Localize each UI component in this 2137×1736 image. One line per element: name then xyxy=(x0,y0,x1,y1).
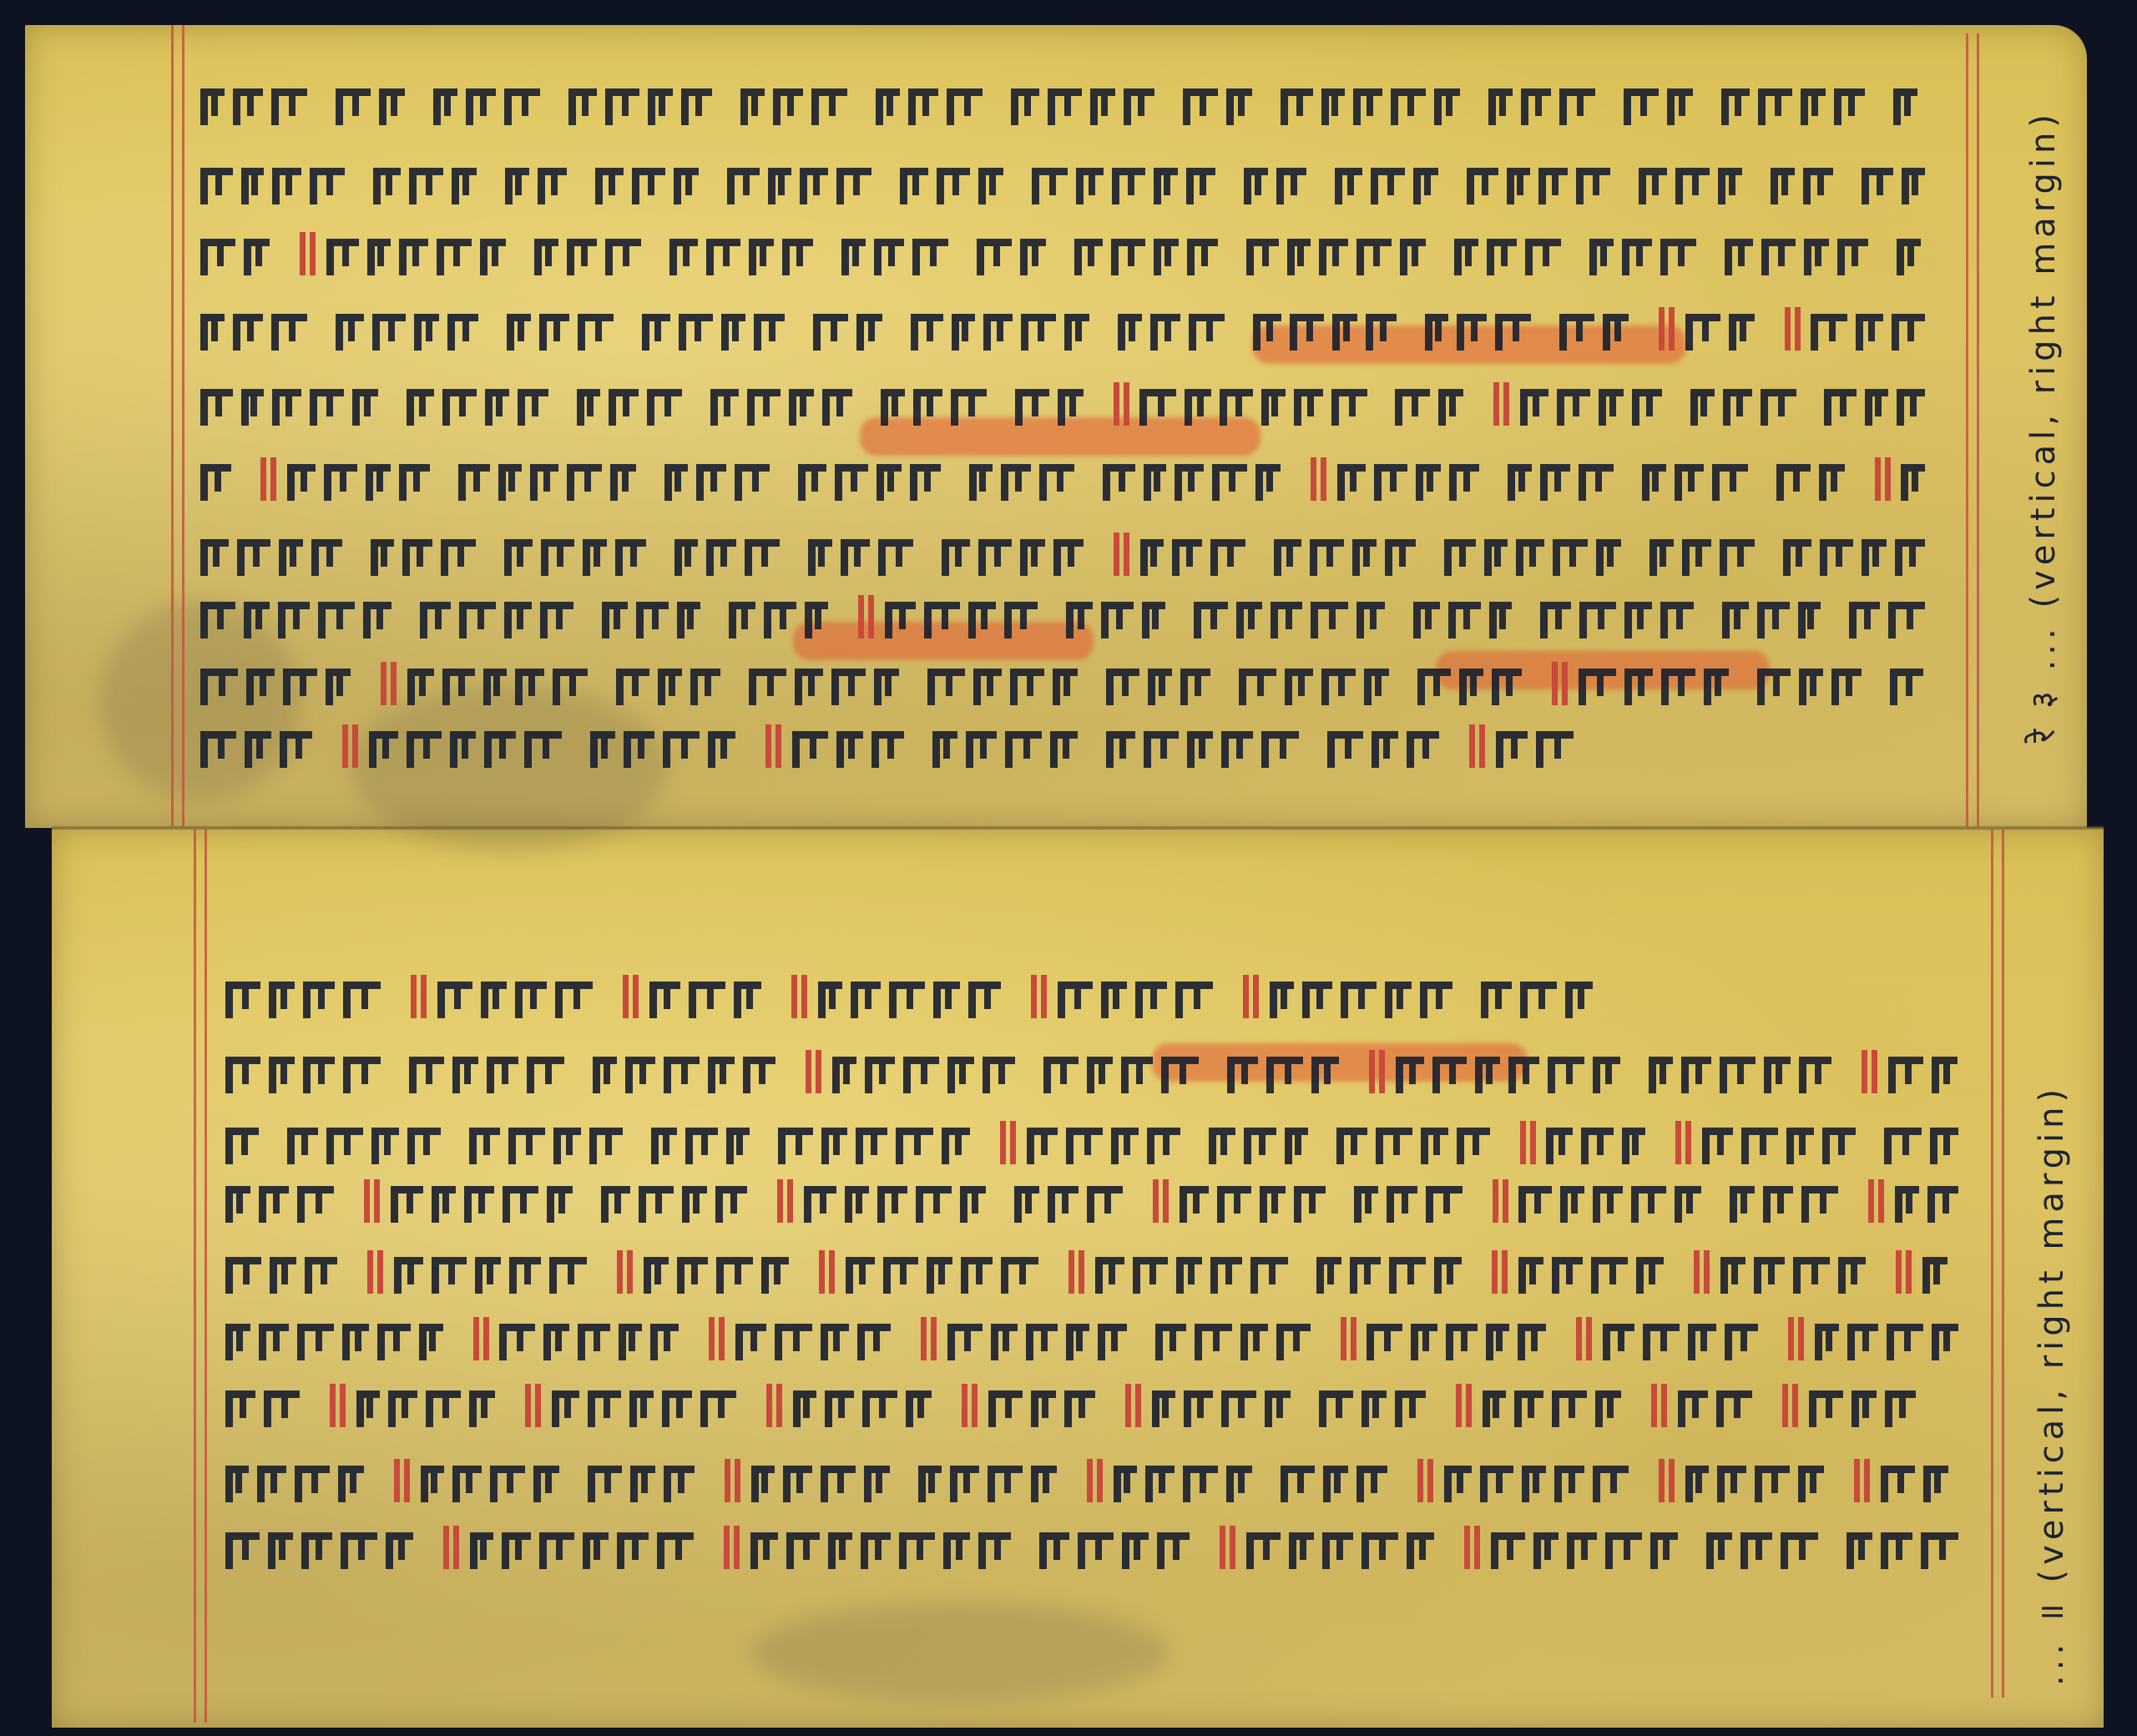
script-glyph xyxy=(1895,1186,1920,1223)
script-glyph xyxy=(1356,602,1385,638)
script-glyph xyxy=(326,669,351,705)
script-glyph xyxy=(1221,731,1253,768)
script-glyph xyxy=(441,539,476,576)
script-glyph xyxy=(630,1466,655,1502)
danda-mark xyxy=(998,1121,1018,1164)
danda-mark xyxy=(775,1179,796,1223)
script-glyph xyxy=(271,88,307,125)
script-line xyxy=(225,1519,1978,1569)
script-glyph xyxy=(818,982,842,1018)
script-glyph xyxy=(793,1390,816,1427)
script-line xyxy=(225,1244,1978,1294)
script-glyph xyxy=(602,602,629,638)
script-glyph xyxy=(605,88,639,125)
script-glyph xyxy=(960,1186,987,1223)
script-glyph xyxy=(821,1128,847,1164)
script-glyph xyxy=(1246,1532,1281,1569)
script-glyph xyxy=(541,539,574,576)
script-glyph xyxy=(1425,314,1449,351)
script-glyph xyxy=(1704,669,1729,705)
script-glyph xyxy=(805,602,828,638)
script-glyph xyxy=(1112,168,1145,204)
danda-mark xyxy=(804,1050,824,1093)
script-glyph xyxy=(1538,168,1568,204)
script-glyph xyxy=(487,1057,518,1093)
script-glyph xyxy=(988,1390,1023,1427)
script-glyph xyxy=(287,464,316,501)
script-glyph xyxy=(1124,88,1154,125)
script-glyph xyxy=(409,168,443,204)
script-glyph xyxy=(483,669,507,705)
script-glyph xyxy=(1595,1390,1621,1427)
script-glyph xyxy=(311,539,341,576)
script-glyph xyxy=(609,389,639,426)
script-glyph xyxy=(889,982,925,1018)
script-glyph xyxy=(605,239,641,275)
script-glyph xyxy=(1888,602,1925,638)
script-glyph xyxy=(1387,1186,1417,1223)
script-glyph xyxy=(442,669,475,705)
script-glyph xyxy=(366,464,391,501)
script-glyph xyxy=(1048,1186,1079,1223)
script-glyph xyxy=(942,539,970,576)
script-line xyxy=(225,1043,1978,1093)
script-glyph xyxy=(977,239,1012,275)
script-glyph xyxy=(1090,88,1115,125)
script-glyph xyxy=(1302,982,1332,1018)
script-glyph xyxy=(632,168,666,204)
script-glyph xyxy=(1319,239,1348,275)
script-line xyxy=(200,655,1945,705)
script-glyph xyxy=(1799,669,1823,705)
script-glyph xyxy=(1783,539,1811,576)
script-glyph xyxy=(1187,239,1218,275)
script-glyph xyxy=(543,1324,570,1360)
script-glyph xyxy=(1887,1324,1923,1360)
script-glyph xyxy=(1579,669,1616,705)
script-glyph xyxy=(1420,982,1452,1018)
script-glyph xyxy=(533,1466,559,1502)
script-glyph xyxy=(1449,464,1480,501)
script-glyph xyxy=(908,88,938,125)
script-glyph xyxy=(615,539,645,576)
script-glyph xyxy=(792,731,828,768)
script-glyph xyxy=(200,314,225,351)
script-glyph xyxy=(555,982,593,1018)
script-glyph xyxy=(783,1466,812,1502)
script-glyph xyxy=(225,1257,261,1294)
script-glyph xyxy=(225,982,260,1018)
script-glyph xyxy=(1819,464,1845,501)
script-glyph xyxy=(1186,168,1216,204)
script-glyph xyxy=(1923,1466,1948,1502)
script-glyph xyxy=(795,669,823,705)
script-glyph xyxy=(530,464,559,501)
script-glyph xyxy=(297,1186,334,1223)
script-glyph xyxy=(1581,1128,1614,1164)
script-glyph xyxy=(881,389,905,426)
script-glyph xyxy=(1801,88,1826,125)
script-glyph xyxy=(388,1390,417,1427)
script-glyph xyxy=(469,1128,500,1164)
script-glyph xyxy=(343,982,381,1018)
script-glyph xyxy=(583,1532,609,1569)
script-glyph xyxy=(1521,88,1551,125)
danda-mark xyxy=(1112,382,1132,426)
script-glyph xyxy=(200,389,233,426)
script-glyph xyxy=(407,389,435,426)
script-glyph xyxy=(283,669,317,705)
danda-mark xyxy=(1550,662,1570,705)
danda-mark xyxy=(1574,1317,1594,1360)
script-glyph xyxy=(324,464,358,501)
script-glyph xyxy=(864,1466,890,1502)
script-glyph xyxy=(636,602,669,638)
danda-mark xyxy=(1894,1250,1914,1294)
script-glyph xyxy=(225,1324,250,1360)
script-glyph xyxy=(721,314,746,351)
script-glyph xyxy=(696,464,726,501)
script-glyph xyxy=(1434,88,1460,125)
danda-mark xyxy=(615,1250,635,1294)
script-glyph xyxy=(1001,1257,1038,1294)
script-glyph xyxy=(1438,389,1464,426)
script-glyph xyxy=(1712,464,1748,501)
script-glyph xyxy=(1605,1532,1642,1569)
script-glyph xyxy=(1176,1257,1202,1294)
script-glyph xyxy=(734,982,761,1018)
script-glyph xyxy=(1290,314,1324,351)
danda-mark xyxy=(1860,1050,1880,1093)
script-line xyxy=(200,526,1945,576)
script-glyph xyxy=(1763,1186,1794,1223)
script-glyph xyxy=(1801,1186,1838,1223)
script-line xyxy=(200,225,1945,275)
script-glyph xyxy=(1624,602,1652,638)
script-glyph xyxy=(399,239,428,275)
script-glyph xyxy=(1754,1257,1785,1294)
script-glyph xyxy=(1559,88,1595,125)
script-glyph xyxy=(1622,239,1652,275)
script-glyph xyxy=(1557,389,1590,426)
script-glyph xyxy=(1027,1128,1058,1164)
danda-mark xyxy=(366,1250,386,1294)
script-glyph xyxy=(1491,1532,1525,1569)
script-glyph xyxy=(1454,239,1478,275)
script-glyph xyxy=(280,731,312,768)
folio-seam xyxy=(52,826,2104,830)
script-glyph xyxy=(610,464,636,501)
script-glyph xyxy=(1480,1466,1513,1502)
script-glyph xyxy=(1579,464,1614,501)
script-glyph xyxy=(1376,1128,1412,1164)
script-glyph xyxy=(1353,88,1382,125)
script-glyph xyxy=(1730,1186,1755,1223)
script-glyph xyxy=(1031,1466,1057,1502)
danda-mark xyxy=(1309,457,1329,501)
script-glyph xyxy=(245,731,271,768)
script-glyph xyxy=(1209,1128,1235,1164)
script-glyph xyxy=(233,314,263,351)
script-glyph xyxy=(480,239,506,275)
script-glyph xyxy=(515,669,544,705)
script-line xyxy=(225,1114,1978,1164)
script-glyph xyxy=(259,1324,290,1360)
script-glyph xyxy=(942,1128,970,1164)
script-glyph xyxy=(1603,1324,1634,1360)
script-glyph xyxy=(1021,314,1056,351)
script-glyph xyxy=(1685,1466,1709,1502)
script-glyph xyxy=(326,239,359,275)
margin-rule-left-bottom xyxy=(205,830,207,1723)
script-glyph xyxy=(310,168,345,204)
script-glyph xyxy=(735,1324,767,1360)
danda-mark xyxy=(1454,1384,1474,1427)
script-glyph xyxy=(1144,731,1179,768)
script-glyph xyxy=(498,464,522,501)
script-glyph xyxy=(1226,88,1252,125)
script-glyph xyxy=(1389,1257,1426,1294)
script-glyph xyxy=(1240,1324,1269,1360)
script-glyph xyxy=(716,1257,753,1294)
script-glyph xyxy=(1106,731,1135,768)
script-glyph xyxy=(377,1324,411,1360)
danda-mark xyxy=(362,1179,382,1223)
script-glyph xyxy=(1803,168,1833,204)
danda-mark xyxy=(341,724,361,768)
script-glyph xyxy=(1518,1186,1552,1223)
script-glyph xyxy=(297,1324,334,1360)
script-glyph xyxy=(1740,1532,1772,1569)
script-glyph xyxy=(813,314,848,351)
script-glyph xyxy=(1319,1390,1353,1427)
script-glyph xyxy=(912,239,948,275)
script-glyph xyxy=(1180,669,1210,705)
script-line xyxy=(225,1310,1978,1360)
script-glyph xyxy=(768,168,791,204)
script-glyph xyxy=(1294,1186,1326,1223)
script-glyph xyxy=(729,602,755,638)
script-glyph xyxy=(1481,982,1512,1018)
script-glyph xyxy=(515,982,547,1018)
script-glyph xyxy=(629,1390,654,1427)
script-glyph xyxy=(706,239,740,275)
script-glyph xyxy=(857,1324,892,1360)
script-glyph xyxy=(1221,1390,1256,1427)
script-glyph xyxy=(1411,1324,1437,1360)
script-glyph xyxy=(1148,669,1172,705)
script-glyph xyxy=(237,539,270,576)
script-glyph xyxy=(1236,602,1262,638)
script-glyph xyxy=(1142,602,1165,638)
script-glyph xyxy=(700,1390,736,1427)
script-glyph xyxy=(421,1466,444,1502)
script-glyph xyxy=(1311,1057,1339,1093)
script-glyph xyxy=(1786,1128,1814,1164)
script-glyph xyxy=(469,1390,495,1427)
script-glyph xyxy=(1396,1057,1424,1093)
margin-annotation-top: रे ३ ... (vertical, right margin) xyxy=(2020,75,2066,743)
script-glyph xyxy=(682,1186,708,1223)
script-glyph xyxy=(811,88,847,125)
danda-mark xyxy=(1649,1384,1670,1427)
script-glyph xyxy=(1706,1532,1732,1569)
script-line xyxy=(225,968,1978,1018)
script-glyph xyxy=(900,168,928,204)
script-glyph xyxy=(1522,1466,1546,1502)
script-glyph xyxy=(1565,982,1593,1018)
script-glyph xyxy=(452,1057,478,1093)
script-glyph xyxy=(1066,602,1093,638)
script-glyph xyxy=(1567,1532,1598,1569)
script-glyph xyxy=(447,314,478,351)
script-glyph xyxy=(549,1257,587,1294)
script-glyph xyxy=(1285,669,1313,705)
script-glyph xyxy=(677,1257,708,1294)
script-glyph xyxy=(1287,239,1311,275)
script-glyph xyxy=(821,1324,849,1360)
script-glyph xyxy=(553,669,588,705)
script-glyph xyxy=(924,602,961,638)
script-glyph xyxy=(918,1466,942,1502)
script-glyph xyxy=(1015,389,1049,426)
script-glyph xyxy=(1244,168,1268,204)
script-glyph xyxy=(750,1532,778,1569)
script-glyph xyxy=(399,464,430,501)
script-glyph xyxy=(1758,88,1792,125)
script-glyph xyxy=(1122,1532,1149,1569)
script-glyph xyxy=(342,1324,370,1360)
script-glyph xyxy=(1856,314,1883,351)
script-glyph xyxy=(950,1466,979,1502)
script-glyph xyxy=(851,982,881,1018)
script-glyph xyxy=(1675,464,1705,501)
script-glyph xyxy=(303,1057,335,1093)
script-glyph xyxy=(1639,168,1667,204)
script-glyph xyxy=(841,239,866,275)
script-glyph xyxy=(1194,602,1229,638)
danda-mark xyxy=(1124,1384,1144,1427)
script-glyph xyxy=(1892,314,1925,351)
script-glyph xyxy=(1599,389,1624,426)
script-glyph xyxy=(708,1057,735,1093)
script-glyph xyxy=(885,602,916,638)
script-glyph xyxy=(241,389,265,426)
script-glyph xyxy=(1271,602,1302,638)
script-glyph xyxy=(200,602,235,638)
script-glyph xyxy=(1560,1186,1584,1223)
script-glyph xyxy=(426,1390,461,1427)
script-glyph xyxy=(1001,464,1031,501)
script-glyph xyxy=(1187,731,1213,768)
script-glyph xyxy=(1276,168,1306,204)
script-glyph xyxy=(1536,731,1574,768)
script-glyph xyxy=(1720,539,1755,576)
script-glyph xyxy=(433,88,457,125)
script-glyph xyxy=(1413,168,1438,204)
script-glyph xyxy=(947,1324,983,1360)
script-glyph xyxy=(961,1257,993,1294)
script-glyph xyxy=(1593,1466,1629,1502)
danda-mark xyxy=(817,1250,837,1294)
script-glyph xyxy=(1776,464,1811,501)
script-glyph xyxy=(933,982,960,1018)
script-glyph xyxy=(485,389,510,426)
script-glyph xyxy=(588,1466,622,1502)
script-glyph xyxy=(773,88,803,125)
script-glyph xyxy=(968,982,1001,1018)
script-glyph xyxy=(1675,168,1710,204)
script-glyph xyxy=(1261,731,1299,768)
script-glyph xyxy=(1798,1466,1824,1502)
script-glyph xyxy=(1546,1128,1573,1164)
danda-mark xyxy=(1657,1459,1677,1502)
script-glyph xyxy=(1175,982,1213,1018)
script-glyph xyxy=(301,1532,332,1569)
script-glyph xyxy=(715,1186,747,1223)
danda-mark xyxy=(1151,1179,1171,1223)
script-glyph xyxy=(271,314,307,351)
script-glyph xyxy=(1261,389,1286,426)
script-line xyxy=(200,376,1945,426)
script-glyph xyxy=(1281,88,1313,125)
script-glyph xyxy=(677,602,700,638)
script-glyph xyxy=(1921,1532,1958,1569)
script-glyph xyxy=(407,731,442,768)
script-glyph xyxy=(1014,1186,1039,1223)
script-glyph xyxy=(270,1257,296,1294)
script-glyph xyxy=(861,1532,891,1569)
script-glyph xyxy=(1189,314,1225,351)
script-glyph xyxy=(937,168,971,204)
script-glyph xyxy=(1643,1324,1680,1360)
script-glyph xyxy=(244,239,270,275)
script-glyph xyxy=(1152,1390,1175,1427)
danda-mark xyxy=(960,1384,980,1427)
danda-mark xyxy=(723,1459,743,1502)
script-line xyxy=(200,300,1945,351)
script-glyph xyxy=(200,539,229,576)
script-glyph xyxy=(577,389,601,426)
script-glyph xyxy=(1622,1128,1645,1164)
script-glyph xyxy=(1702,1128,1733,1164)
script-glyph xyxy=(1316,1257,1341,1294)
script-glyph xyxy=(1253,314,1281,351)
script-glyph xyxy=(1005,731,1042,768)
script-glyph xyxy=(1183,1466,1218,1502)
script-glyph xyxy=(1106,669,1139,705)
script-glyph xyxy=(1589,239,1614,275)
script-glyph xyxy=(1356,239,1392,275)
script-glyph xyxy=(616,669,649,705)
script-glyph xyxy=(363,602,392,638)
script-glyph xyxy=(1761,239,1796,275)
script-glyph xyxy=(1114,1466,1137,1502)
script-glyph xyxy=(1457,1128,1490,1164)
script-glyph xyxy=(1220,389,1253,426)
script-glyph xyxy=(1757,602,1790,638)
script-glyph xyxy=(244,602,270,638)
script-glyph xyxy=(619,1324,642,1360)
danda-mark xyxy=(1468,724,1488,768)
script-glyph xyxy=(664,1057,700,1093)
script-line xyxy=(200,451,1945,501)
script-glyph xyxy=(1266,1057,1303,1093)
script-glyph xyxy=(1135,982,1167,1018)
script-glyph xyxy=(745,539,780,576)
script-glyph xyxy=(726,1128,750,1164)
script-glyph xyxy=(475,1257,501,1294)
